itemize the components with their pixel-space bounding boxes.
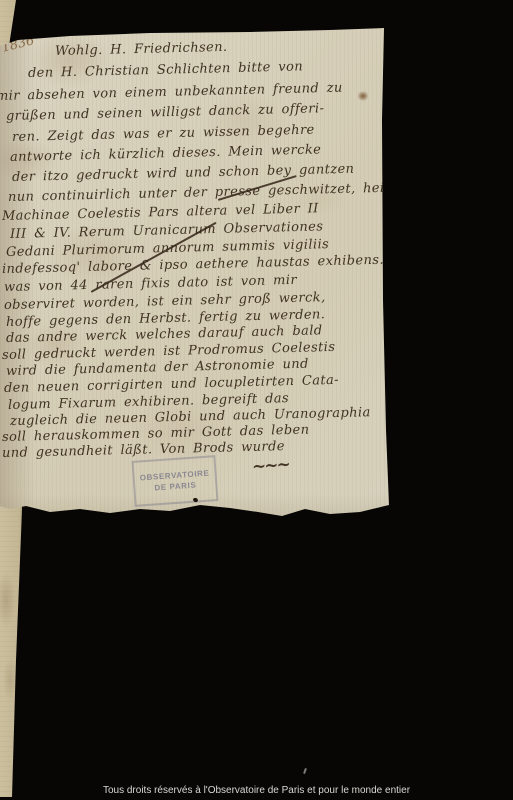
manuscript-page: 1836 Wohlg. H. Friedrichsen. den H. Chri… <box>0 0 513 525</box>
manuscript-line: den H. Christian Schlichten bitte von <box>28 60 303 81</box>
manuscript-line: ren. Zeigt das was er zu wissen begehre <box>12 124 315 146</box>
closing-flourish: ~~~ <box>251 455 289 478</box>
copyright-caption: Tous droits réservés à l'Observatoire de… <box>0 785 513 797</box>
manuscript-line: mir absehen von einem unbekannten freund… <box>0 82 343 105</box>
manuscript-line: grüßen und seinen willigst danck zu offe… <box>6 102 325 124</box>
stamp-line1: OBSERVATOIRE <box>140 469 210 483</box>
observatoire-stamp: OBSERVATOIRE DE PARIS <box>131 455 218 507</box>
manuscript-line: nun continuirlich unter der presse gesch… <box>8 181 398 205</box>
manuscript-line: antworte ich kürzlich dieses. Mein werck… <box>10 143 322 165</box>
stamp-line2: DE PARIS <box>154 481 197 493</box>
manuscript-line: Wohlg. H. Friedrichsen. <box>55 41 228 60</box>
manuscript-photo: 1836 Wohlg. H. Friedrichsen. den H. Chri… <box>0 0 513 800</box>
dust-speck <box>303 768 307 774</box>
